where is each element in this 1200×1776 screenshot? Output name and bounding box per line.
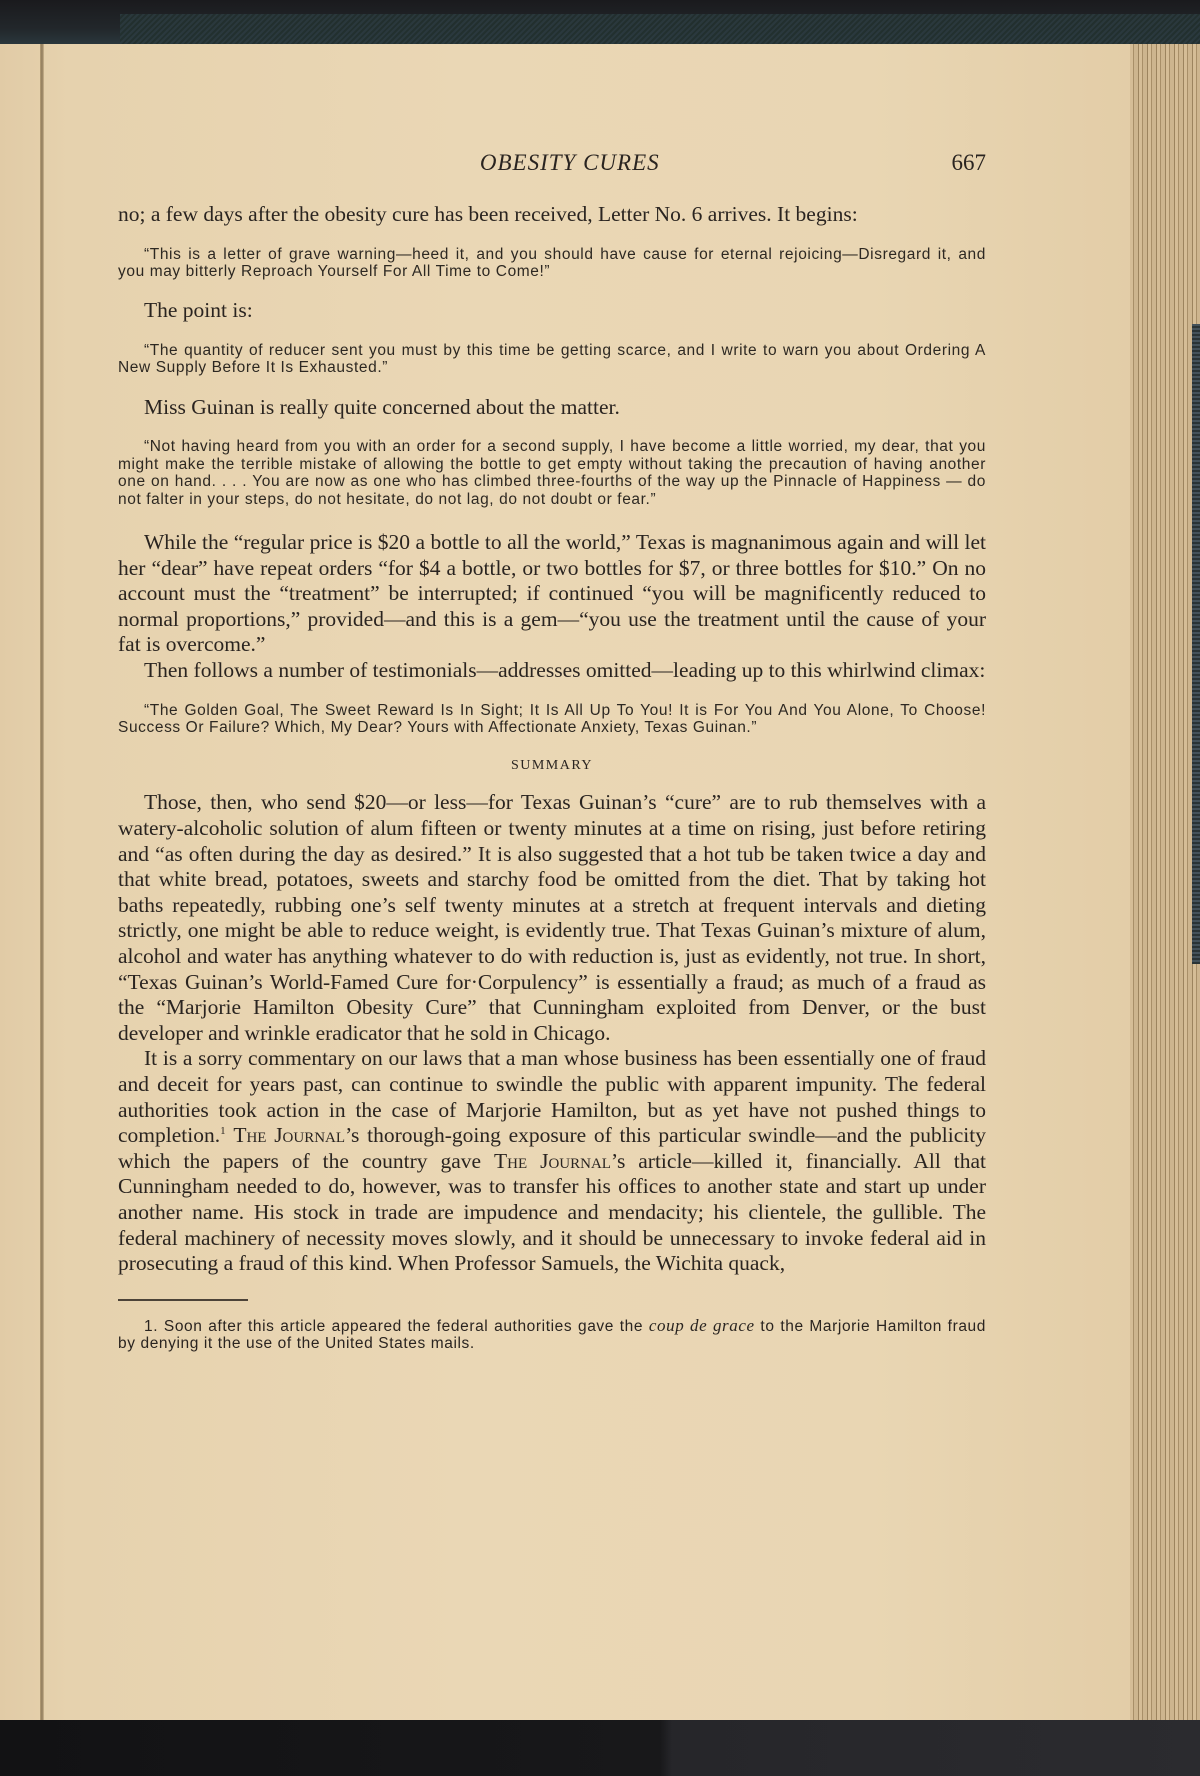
section-heading-summary: SUMMARY xyxy=(118,758,986,774)
page-gutter-fold xyxy=(40,44,44,1720)
quote-golden-goal: “The Golden Goal, The Sweet Reward Is In… xyxy=(118,702,986,737)
running-title: OBESITY CURES xyxy=(118,150,952,176)
page-edge-stack xyxy=(1130,44,1200,1720)
quote-second-supply: “Not having heard from you with an order… xyxy=(118,438,986,508)
footnote-divider xyxy=(118,1299,248,1301)
paragraph-point: The point is: xyxy=(118,298,986,324)
footnote-reference: 1 xyxy=(220,1125,226,1137)
footnote-text: 1. Soon after this article appeared the … xyxy=(144,1318,649,1335)
quote-grave-warning: “This is a letter of grave warning—heed … xyxy=(118,246,986,281)
page-content: OBESITY CURES 667 no; a few days after t… xyxy=(118,150,986,1352)
book-cover-top xyxy=(0,0,1200,48)
page-number: 667 xyxy=(952,150,987,176)
paragraph-regular-price: While the “regular price is $20 a bottle… xyxy=(118,530,986,658)
footnote-1: 1. Soon after this article appeared the … xyxy=(118,1317,986,1352)
quote-reducer-scarce: “The quantity of reducer sent you must b… xyxy=(118,342,986,377)
paragraph-letter-six: no; a few days after the obesity cure ha… xyxy=(118,202,986,228)
book-cover-bottom xyxy=(0,1720,1200,1776)
paragraph-miss-guinan: Miss Guinan is really quite concerned ab… xyxy=(118,395,986,421)
footnote-italic-phrase: coup de grace xyxy=(649,1316,755,1335)
paragraph-sorry-commentary: It is a sorry commentary on our laws tha… xyxy=(118,1046,986,1276)
journal-name-small-caps: Journal xyxy=(274,1123,345,1147)
paragraph-summary: Those, then, who send $20—or less—for Te… xyxy=(118,790,986,1046)
journal-name-small-caps: The xyxy=(233,1123,266,1147)
journal-name-small-caps: The Journal xyxy=(494,1149,611,1173)
running-head: OBESITY CURES 667 xyxy=(118,150,986,186)
binding-cloth xyxy=(120,14,1200,44)
paragraph-testimonials: Then follows a number of testimonials—ad… xyxy=(118,658,986,684)
